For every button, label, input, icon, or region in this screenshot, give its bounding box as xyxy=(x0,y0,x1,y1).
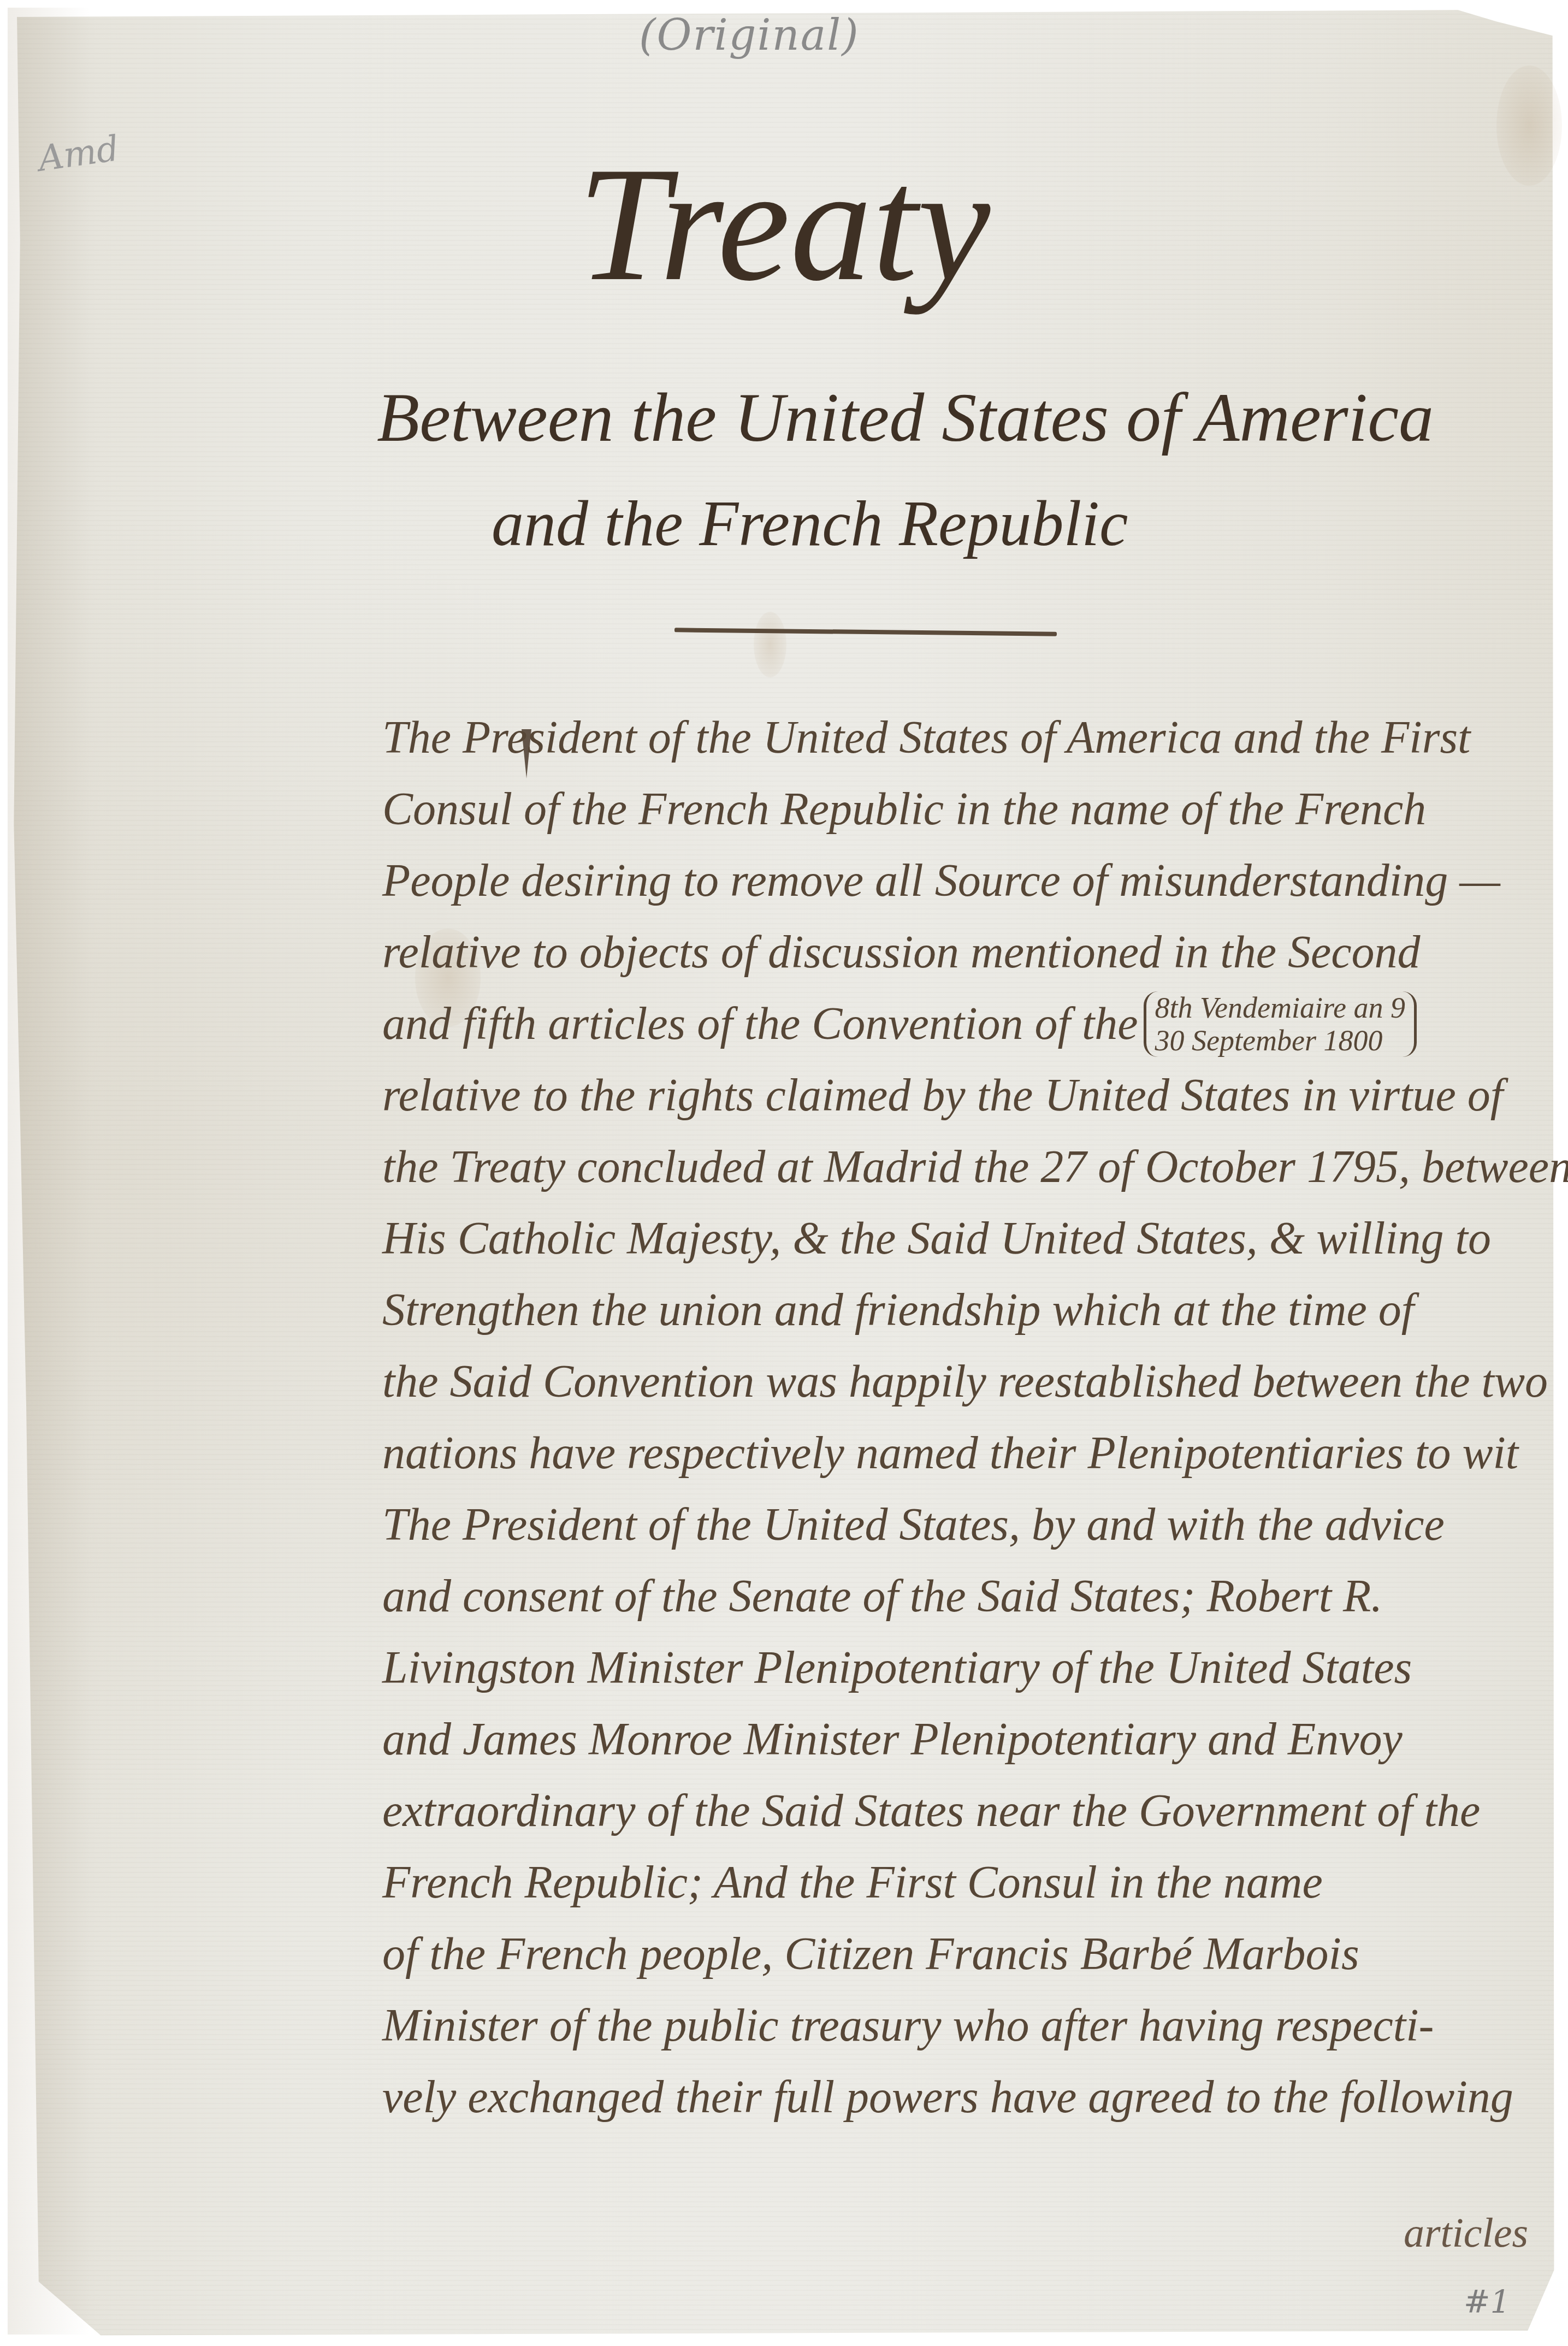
pencil-folio-number: #1 xyxy=(1464,2283,1511,2320)
ink-stain xyxy=(754,612,786,677)
convention-date-bracket: 8th Vendemiaire an 930 September 1800 xyxy=(1144,991,1417,1057)
preamble-line: relative to objects of discussion mentio… xyxy=(382,917,1540,988)
preamble-line: the Said Convention was happily reestabl… xyxy=(382,1346,1540,1417)
document-subtitle-line1: Between the United States of America xyxy=(377,382,1434,452)
treaty-preamble: The President of the United States of Am… xyxy=(382,702,1540,2133)
pencil-note-original: (Original) xyxy=(639,11,860,60)
preamble-line: The President of the United States, by a… xyxy=(382,1489,1540,1561)
preamble-line: People desiring to remove all Source of … xyxy=(382,845,1540,917)
preamble-line: the Treaty concluded at Madrid the 27 of… xyxy=(382,1131,1540,1203)
preamble-line: and consent of the Senate of the Said St… xyxy=(382,1561,1540,1632)
preamble-line: Consul of the French Republic in the nam… xyxy=(382,773,1540,845)
preamble-line-with-date: and fifth articles of the Convention of … xyxy=(382,988,1540,1060)
preamble-line: Minister of the public treasury who afte… xyxy=(382,1990,1540,2061)
preamble-line: and James Monroe Minister Plenipotentiar… xyxy=(382,1704,1540,1775)
preamble-line: The President of the United States of Am… xyxy=(382,702,1540,773)
preamble-line: vely exchanged their full powers have ag… xyxy=(382,2061,1540,2133)
preamble-line: French Republic; And the First Consul in… xyxy=(382,1847,1540,1918)
preamble-line: Strengthen the union and friendship whic… xyxy=(382,1274,1540,1346)
convention-date-gregorian: 30 September 1800 xyxy=(1155,1024,1405,1057)
preamble-line: His Catholic Majesty, & the Said United … xyxy=(382,1203,1540,1274)
preamble-line: extraordinary of the Said States near th… xyxy=(382,1775,1540,1847)
preamble-line: of the French people, Citizen Francis Ba… xyxy=(382,1918,1540,1990)
page-fold-shadow xyxy=(8,8,90,2335)
preamble-line: relative to the rights claimed by the Un… xyxy=(382,1060,1540,1131)
preamble-line: Livingston Minister Plenipotentiary of t… xyxy=(382,1632,1540,1704)
preamble-line: nations have respectively named their Pl… xyxy=(382,1417,1540,1489)
catchword-articles: articles xyxy=(1404,2209,1528,2257)
document-title: Treaty xyxy=(0,142,1568,306)
convention-date-republican: 8th Vendemiaire an 9 xyxy=(1155,991,1405,1024)
preamble-line-text: and fifth articles of the Convention of … xyxy=(382,998,1138,1049)
document-subtitle-line2: and the French Republic xyxy=(492,492,1128,556)
